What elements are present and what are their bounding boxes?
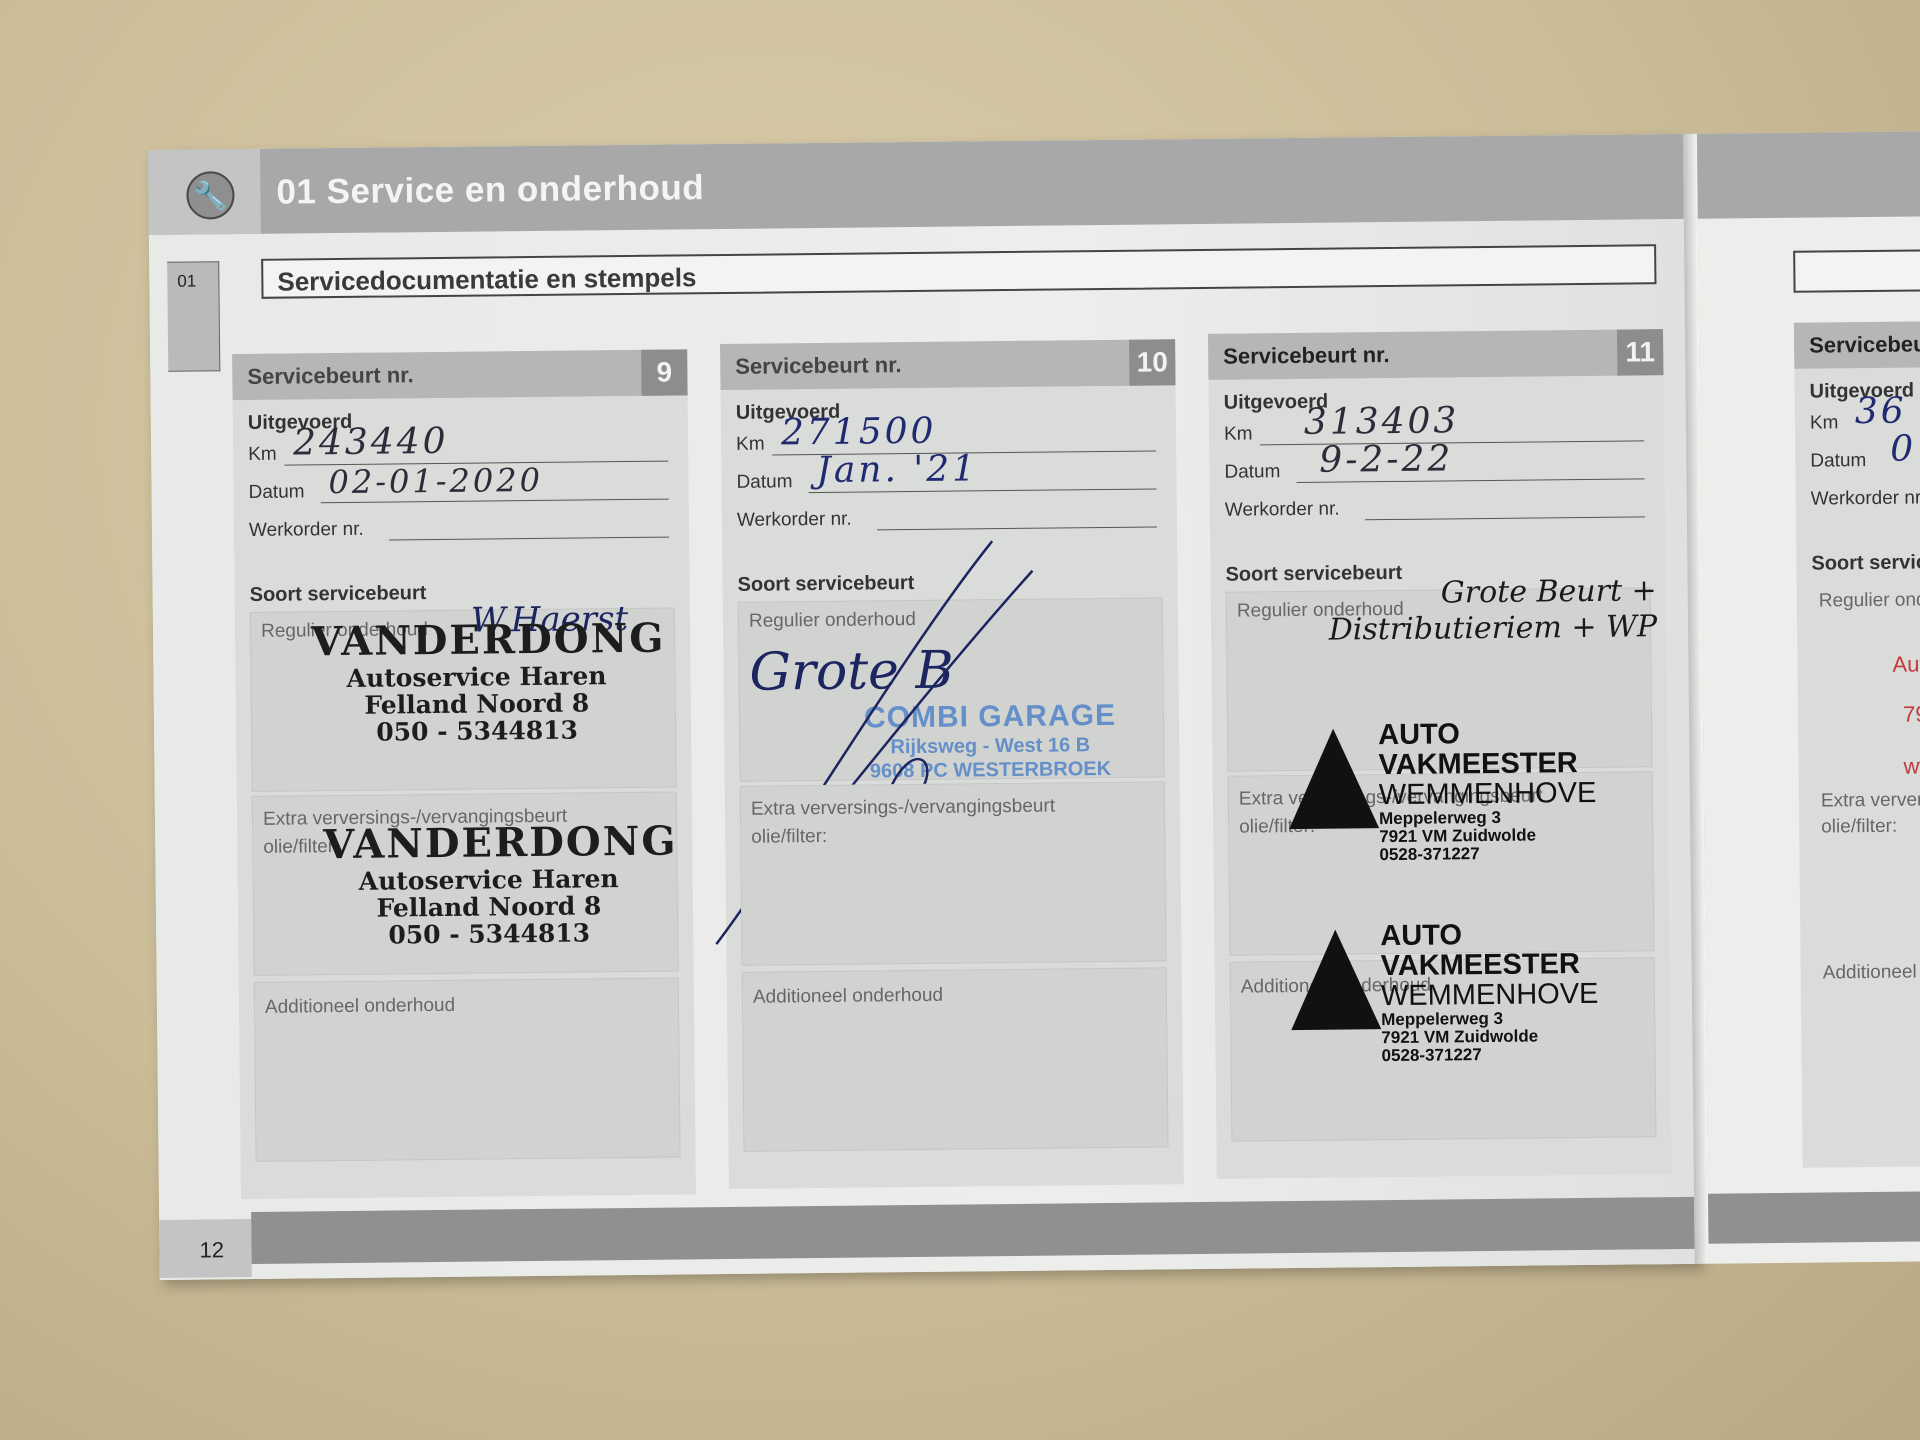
extra-label-1: Extra verversings-/vervangingsbeurt xyxy=(751,796,1055,821)
side-tab-label: 01 xyxy=(177,272,196,292)
km-label: Km xyxy=(736,434,765,456)
right-header xyxy=(1697,131,1920,219)
handwritten-soort: Grote Beurt + Distributieriem + WP xyxy=(1227,573,1658,649)
km-label: Km xyxy=(1224,423,1253,445)
service-card-11: Servicebeurt nr. 11 Uitgevoerd Km 313403… xyxy=(1208,329,1672,1179)
stamp-red-line: ww xyxy=(1903,753,1920,779)
regulier-box: Regulier onderhoud W.Haerst VANDERDONG A… xyxy=(250,608,677,792)
datum-field[interactable]: Datum Jan. '21 xyxy=(736,459,1156,497)
km-value: 243440 xyxy=(293,421,449,464)
datum-field[interactable]: Datum 02-01-2020 xyxy=(248,470,668,508)
service-card-9: Servicebeurt nr. 9 Uitgevoerd Km 243440 … xyxy=(232,349,696,1199)
extra-label-2: olie/filter: xyxy=(751,826,827,849)
additioneel-box: Additioneel onderhoud AUTO VAKMEESTER WE… xyxy=(1230,957,1657,1141)
werkorder-label: Werkorder nr. xyxy=(249,519,364,542)
card-number: 9 xyxy=(641,349,687,395)
service-card-10: Servicebeurt nr. 10 Uitgevoerd Km 271500… xyxy=(720,339,1184,1189)
stamp-autovakmeester: AUTO VAKMEESTER WEMMENHOVE Meppelerweg 3… xyxy=(1290,919,1632,1093)
card-header-label: Servicebeu xyxy=(1809,331,1920,358)
additioneel-label: Additioneel onderhoud xyxy=(753,985,943,1009)
chapter-icon-cell: 🔧 xyxy=(148,149,261,235)
card-header: Servicebeurt nr. 9 xyxy=(232,349,687,400)
werkorder-label: Werkorder nr. xyxy=(1225,499,1340,522)
additioneel-label: Additioneel onderhoud xyxy=(265,995,455,1019)
km-value: 271500 xyxy=(781,411,937,454)
datum-value: 02-01-2020 xyxy=(328,461,543,501)
card-number: 11 xyxy=(1617,329,1663,375)
left-page: 🔧 01 Service en onderhoud 01 Servicedocu… xyxy=(148,134,1695,1280)
werkorder-field[interactable]: Werkorder nr. xyxy=(737,497,1157,535)
werkorder-field[interactable]: Werkorder nr. xyxy=(1225,487,1645,525)
right-section-box xyxy=(1793,248,1920,293)
werkorder-field[interactable]: Werkorder nr. xyxy=(249,508,669,546)
additioneel-box: Additioneel onderhoud xyxy=(742,967,1169,1151)
datum-label: Datum xyxy=(1224,461,1280,484)
autovakmeester-logo-icon xyxy=(1290,929,1381,1030)
card-header: Servicebeurt nr. 10 xyxy=(720,339,1175,390)
datum-label: Datum xyxy=(736,471,792,494)
autovakmeester-logo-icon xyxy=(1288,728,1379,829)
stamp-vanderdong: VANDERDONG Autoservice Haren Felland Noo… xyxy=(323,818,654,949)
km-value: 313403 xyxy=(1304,400,1460,443)
werkorder-label: Werkorder nr. xyxy=(737,509,852,532)
datum-value: Jan. '21 xyxy=(816,448,978,491)
datum-field[interactable]: Datum 9-2-22 xyxy=(1224,449,1644,487)
footer-band xyxy=(251,1197,1694,1264)
stamp-vanderdong: VANDERDONG Autoservice Haren Felland Noo… xyxy=(311,615,642,746)
chapter-title: 01 Service en onderhoud xyxy=(276,168,704,212)
datum-field[interactable]: Datum 0 xyxy=(1810,438,1920,476)
extra-box: Extra verversings-/vervangingsbeurt olie… xyxy=(740,781,1167,965)
page-number: 12 xyxy=(199,1237,224,1263)
soort-label: Soort servicebeurt xyxy=(250,582,427,607)
km-label: Km xyxy=(248,444,277,466)
right-page: Servicebeu Uitgevoerd Km 36 Datum 0 Werk… xyxy=(1697,131,1920,1264)
card-header-label: Servicebeurt nr. xyxy=(1223,342,1390,370)
card-number: 10 xyxy=(1129,339,1175,385)
stamp-red-line: 79 xyxy=(1903,701,1920,727)
additioneel-box: Additioneel onderhoud xyxy=(254,977,681,1161)
extra-box: Extra verversings-/vervangingsbeurt olie… xyxy=(252,791,679,975)
card-header-label: Servicebeurt nr. xyxy=(735,352,902,380)
stamp-red-line: Auto xyxy=(1892,651,1920,677)
service-card-12-partial: Servicebeu Uitgevoerd Km 36 Datum 0 Werk… xyxy=(1794,320,1920,1168)
card-header-label: Servicebeurt nr. xyxy=(247,362,414,390)
datum-value: 9-2-22 xyxy=(1319,438,1453,480)
card-header: Servicebeurt nr. 11 xyxy=(1208,329,1663,380)
datum-label: Datum xyxy=(248,481,304,504)
werkorder-field[interactable]: Werkorder nr xyxy=(1811,476,1920,514)
right-footer-band xyxy=(1708,1191,1920,1244)
wrench-icon: 🔧 xyxy=(186,171,235,220)
soort-label: Soort servic xyxy=(1811,551,1920,575)
section-title: Servicedocumentatie en stempels xyxy=(277,262,696,297)
service-booklet: 🔧 01 Service en onderhoud 01 Servicedocu… xyxy=(148,134,1700,1280)
stamp-autovakmeester: AUTO VAKMEESTER WEMMENHOVE Meppelerweg 3… xyxy=(1288,718,1630,892)
section-title-box: Servicedocumentatie en stempels xyxy=(261,244,1656,299)
